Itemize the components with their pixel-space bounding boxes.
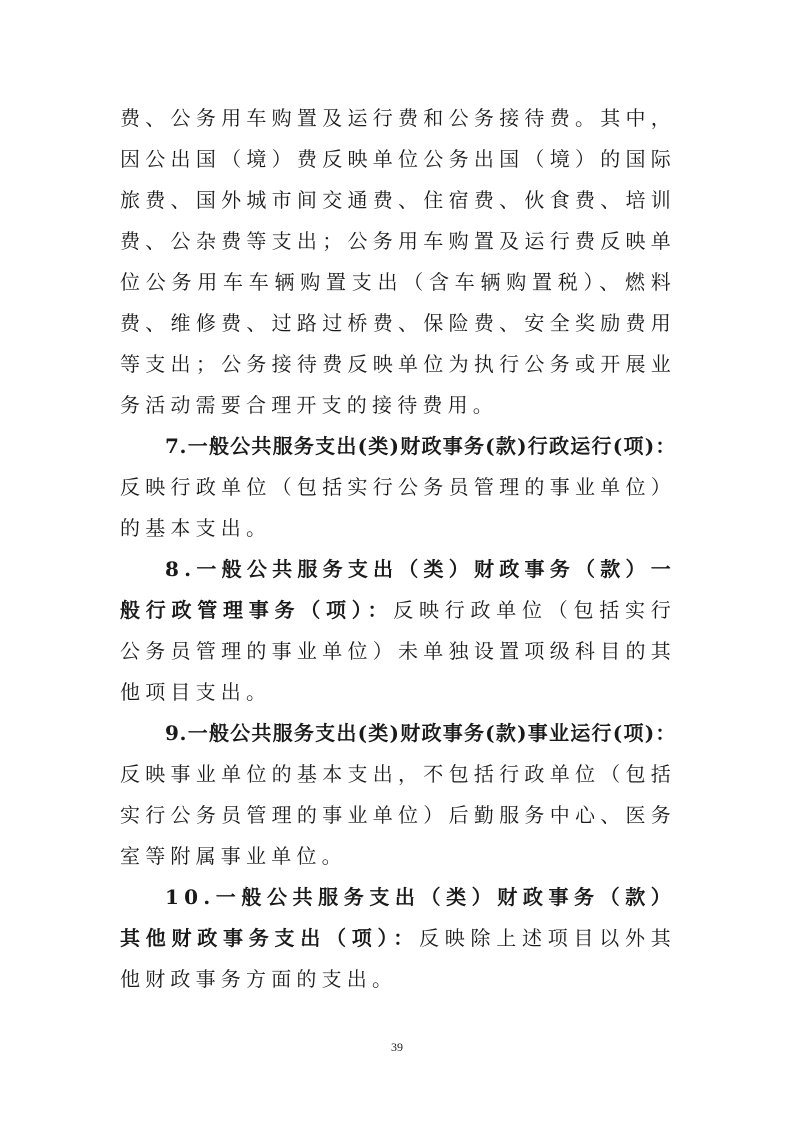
item-9-body: 反映事业单位的基本支出，不包括行政单位（包括实行公务员管理的事业单位）后勤服务中… <box>120 762 676 868</box>
item-7-paragraph: 7.一般公共服务支出(类)财政事务(款)行政运行(项)：反映行政单位（包括实行公… <box>120 426 676 549</box>
item-10-paragraph: 10.一般公共服务支出（类）财政事务（款）其他财政事务支出（项）：反映除上述项目… <box>120 877 676 1000</box>
item-7-body: 反映行政单位（包括实行公务员管理的事业单位）的基本支出。 <box>120 475 676 540</box>
item-9-heading: 9.一般公共服务支出(类)财政事务(款)事业运行(项)： <box>165 721 676 745</box>
page-number: 39 <box>0 1040 794 1055</box>
document-page: 费、公务用车购置及运行费和公务接待费。其中，因公出国（境）费反映单位公务出国（境… <box>0 0 794 1123</box>
item-7-heading: 7.一般公共服务支出(类)财政事务(款)行政运行(项)： <box>165 434 676 458</box>
item-8-paragraph: 8.一般公共服务支出（类）财政事务（款）一般行政管理事务（项）：反映行政单位（包… <box>120 549 676 713</box>
item-9-paragraph: 9.一般公共服务支出(类)财政事务(款)事业运行(项)：反映事业单位的基本支出，… <box>120 713 676 877</box>
intro-paragraph: 费、公务用车购置及运行费和公务接待费。其中，因公出国（境）费反映单位公务出国（境… <box>120 98 676 426</box>
document-body: 费、公务用车购置及运行费和公务接待费。其中，因公出国（境）费反映单位公务出国（境… <box>120 98 676 1000</box>
